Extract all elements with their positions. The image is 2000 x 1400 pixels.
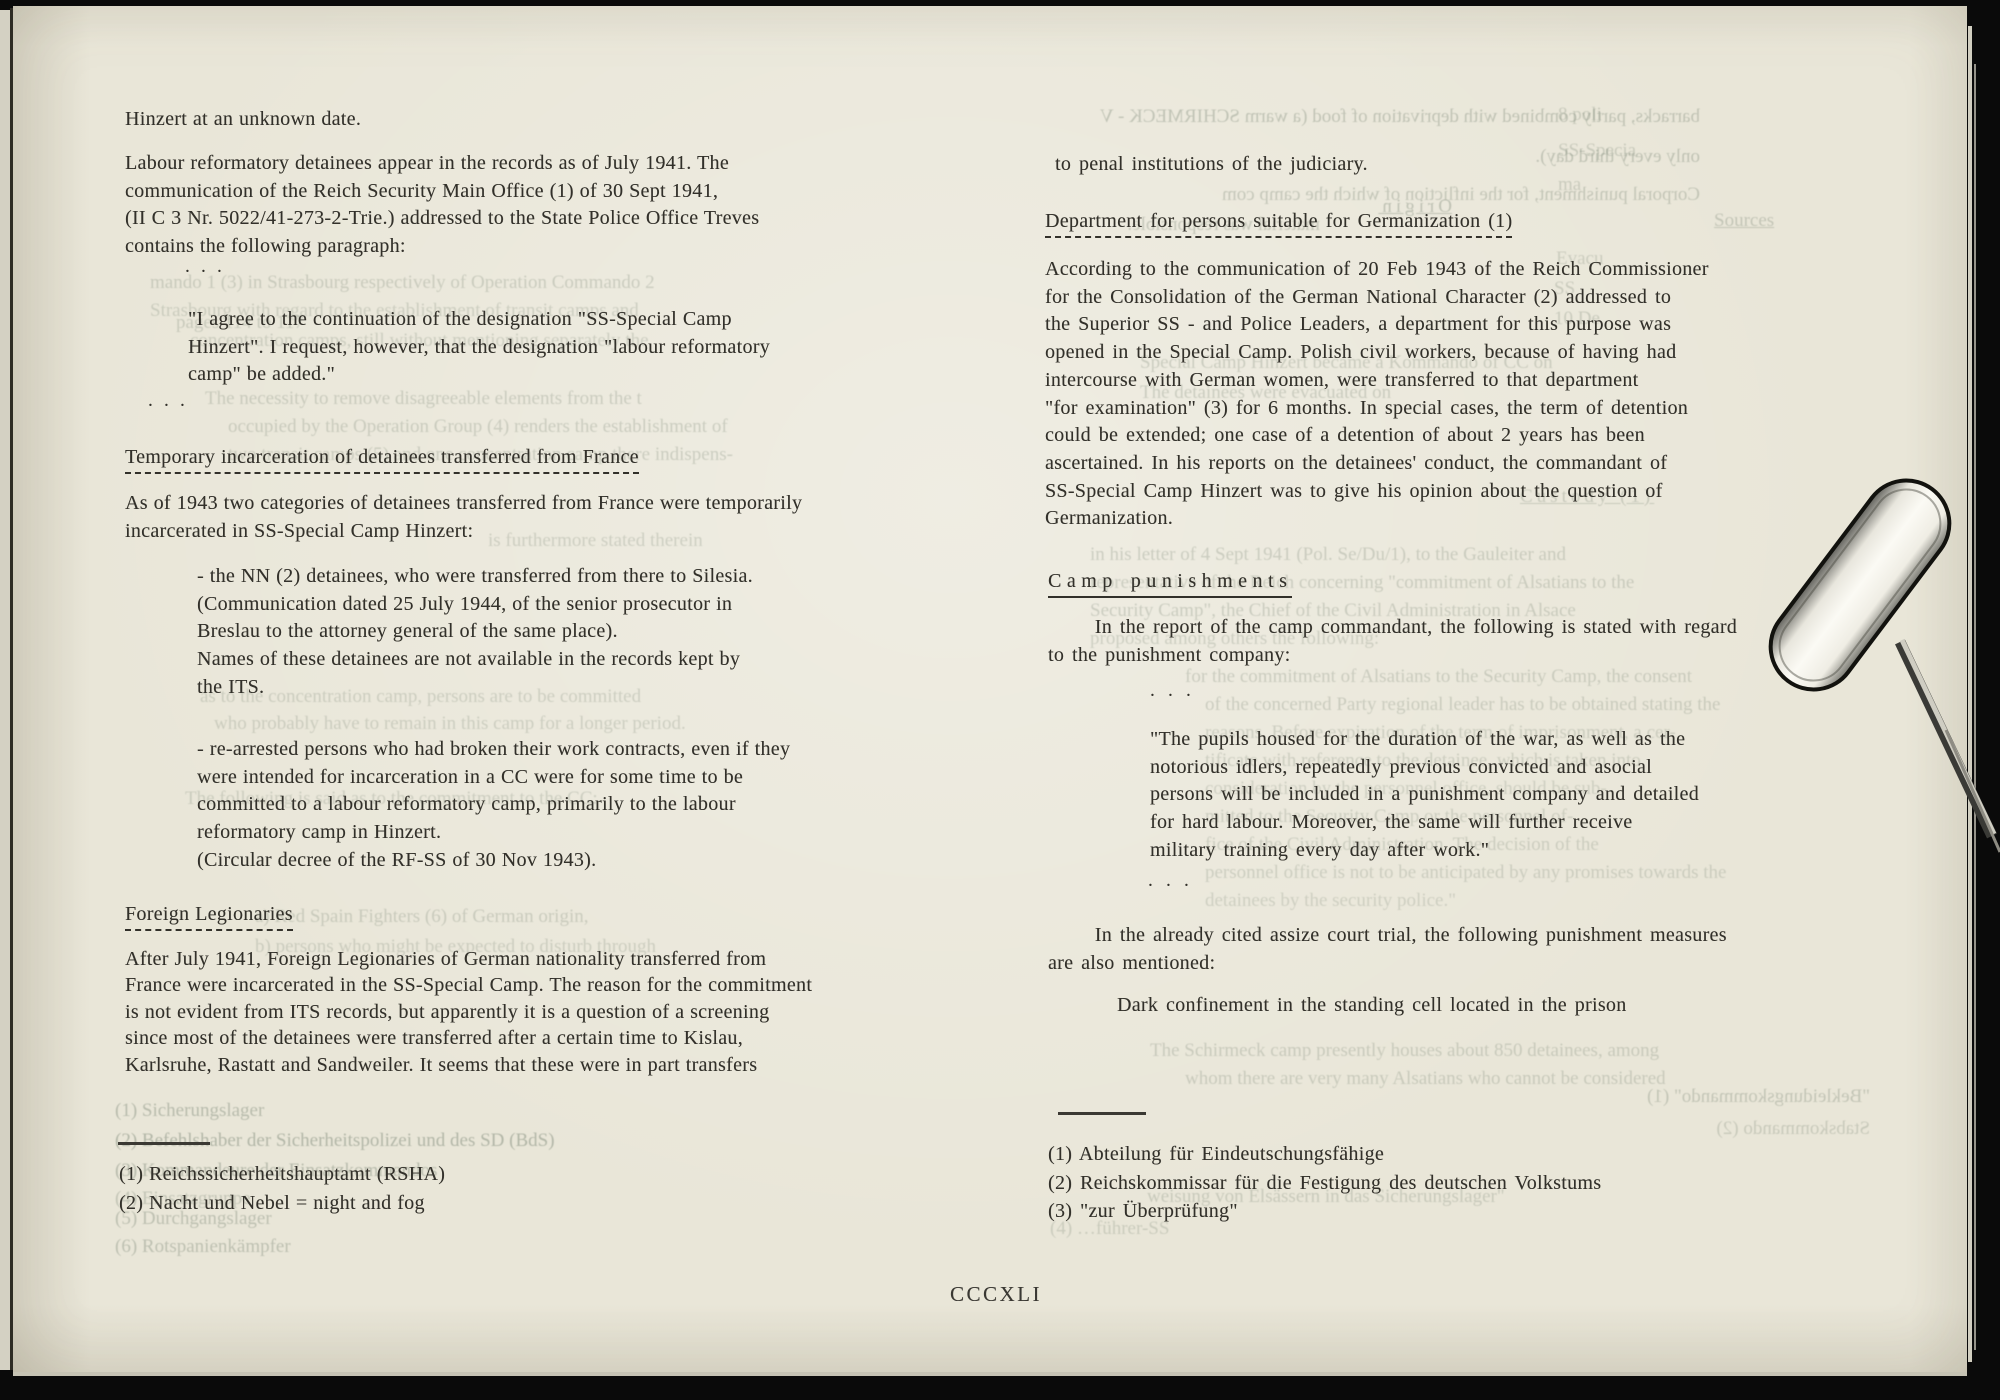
blockquote-punishment-company: "The pupils housed for the duration of t…	[1150, 726, 1699, 865]
text-line: France were incarcerated in the SS-Speci…	[125, 972, 812, 998]
ellipsis-mark: . . .	[185, 256, 225, 278]
text-line: (Circular decree of the RF-SS of 30 Nov …	[197, 847, 790, 875]
text-line: military training every day after work."	[1150, 837, 1699, 865]
text-line: (II C 3 Nr. 5022/41-273-2-Trie.) address…	[125, 205, 759, 233]
text-line: - the NN (2) detainees, who were transfe…	[197, 563, 753, 591]
text-line: could be extended; one case of a detenti…	[1045, 422, 1709, 450]
text-line: committed to a labour reformatory camp, …	[197, 791, 790, 819]
text-line: "The pupils housed for the duration of t…	[1150, 726, 1699, 754]
text-line: (1) Abteilung für Eindeutschungsfähige	[1048, 1140, 1601, 1169]
ghost-text-line: Stabskommando (2)	[1600, 1118, 1870, 1140]
text-line: incarcerated in SS-Special Camp Hinzert:	[125, 518, 802, 546]
text-line: According to the communication of 20 Feb…	[1045, 256, 1709, 284]
ghost-text-line: (2) Befehlshaber der Sicherheitspolizei …	[115, 1130, 675, 1152]
paragraph-assize-court: In the already cited assize court trial,…	[1048, 922, 1727, 977]
text-line: In the report of the camp commandant, th…	[1048, 614, 1737, 642]
paragraph-two-categories: As of 1943 two categories of detainees t…	[125, 490, 802, 545]
line-dark-confinement: Dark confinement in the standing cell lo…	[1117, 994, 1627, 1017]
ghost-text-line: Sources	[1714, 210, 1834, 232]
continuation-line: to penal institutions of the judiciary.	[1055, 153, 1368, 176]
paragraph-germanization: According to the communication of 20 Feb…	[1045, 256, 1709, 533]
page-number: CCCXLI	[950, 1282, 1042, 1307]
list-item-rearrested-persons: - re-arrested persons who had broken the…	[197, 736, 790, 875]
ghost-text-line: SS-Specia	[1558, 140, 1708, 162]
paragraph-foreign-legionaries: After July 1941, Foreign Legionaries of …	[125, 946, 812, 1078]
section-heading-text: Department for persons suitable for Germ…	[1045, 210, 1512, 238]
text-line: (1) Reichssicherheitshauptamt (RSHA)	[119, 1160, 445, 1189]
section-heading-foreign-legionaries: Foreign Legionaries	[125, 903, 293, 931]
text-line: ascertained. In his reports on the detai…	[1045, 450, 1709, 478]
text-line: notorious idlers, repeatedly previous co…	[1150, 754, 1699, 782]
text-line: Names of these detainees are not availab…	[197, 646, 753, 674]
footnote-separator	[118, 1142, 210, 1145]
ghost-text-line: a) Red Spain Fighters (6) of German orig…	[255, 906, 685, 928]
text-line: for hard labour. Moreover, the same will…	[1150, 809, 1699, 837]
paragraph-intro: Labour reformatory detainees appear in t…	[125, 150, 759, 261]
text-line: In the already cited assize court trial,…	[1048, 922, 1727, 950]
text-line: (2) Nacht und Nebel = night and fog	[119, 1189, 445, 1218]
text-line: intercourse with German women, were tran…	[1045, 367, 1709, 395]
ghost-text-line: The Schirmeck camp presently houses abou…	[1150, 1040, 1770, 1062]
list-item-nn-detainees: - the NN (2) detainees, who were transfe…	[197, 563, 753, 702]
ghost-text-line: "Bekleidungskommando" (1)	[1560, 1086, 1870, 1108]
text-line: "I agree to the continuation of the desi…	[188, 306, 770, 334]
text-line: SS-Special Camp Hinzert was to give his …	[1045, 478, 1709, 506]
text-line: camp" be added."	[188, 361, 770, 389]
ellipsis-mark: . . .	[1150, 680, 1194, 702]
text-line: "for examination" (3) for 6 months. In s…	[1045, 395, 1709, 423]
section-heading-germanization: Department for persons suitable for Germ…	[1045, 210, 1512, 238]
text-line: the ITS.	[197, 674, 753, 702]
text-line: are also mentioned:	[1048, 950, 1727, 978]
paper-clip	[1750, 400, 2000, 920]
ghost-text-line: in his letter of 4 Sept 1941 (Pol. Se/Du…	[1090, 544, 1730, 566]
text-line: to the punishment company:	[1048, 642, 1737, 670]
text-line: Labour reformatory detainees appear in t…	[125, 150, 759, 178]
ghost-text-line: who probably have to remain in this camp…	[214, 713, 784, 735]
footnotes-right: (1) Abteilung für Eindeutschungsfähige(2…	[1048, 1140, 1601, 1226]
paragraph-commandant-report: In the report of the camp commandant, th…	[1048, 614, 1737, 669]
text-line: reformatory camp in Hinzert.	[197, 819, 790, 847]
text-line: Karlsruhe, Rastatt and Sandweiler. It se…	[125, 1052, 812, 1078]
text-line: opened in the Special Camp. Polish civil…	[1045, 339, 1709, 367]
ghost-text-line: mando 1 (3) in Strasbourg respectively o…	[150, 272, 770, 294]
text-line: (2) Reichskommissar für die Festigung de…	[1048, 1169, 1601, 1198]
section-heading-camp-punishments: Camp punishments	[1048, 570, 1292, 598]
text-line: (3) "zur Überprüfung"	[1048, 1197, 1601, 1226]
text-line: Hinzert". I request, however, that the d…	[188, 334, 770, 362]
ghost-text-line: occupied by the Operation Group (4) rend…	[228, 416, 788, 438]
ghost-text-line: ma	[1558, 174, 1618, 196]
text-line: persons will be included in a punishment…	[1150, 781, 1699, 809]
text-line: (Communication dated 25 July 1944, of th…	[197, 591, 753, 619]
text-line: for the Consolidation of the German Nati…	[1045, 284, 1709, 312]
section-heading-text: Temporary incarceration of detainees tra…	[125, 446, 639, 474]
text-line: As of 1943 two categories of detainees t…	[125, 490, 802, 518]
ellipsis-mark: . . .	[148, 390, 188, 412]
ghost-text-line: detainees by the security police."	[1205, 890, 1625, 912]
ghost-text-line: (6) Rotspanienkämpfer	[115, 1236, 405, 1258]
text-line: communication of the Reich Security Main…	[125, 178, 759, 206]
text-line: since most of the detainees were transfe…	[125, 1025, 812, 1051]
text-line: the Superior SS - and Police Leaders, a …	[1045, 311, 1709, 339]
footnote-separator	[1058, 1112, 1146, 1115]
ghost-text-line: of the concerned Party regional leader h…	[1205, 694, 1815, 716]
text-line: is not evident from ITS records, but app…	[125, 999, 812, 1025]
text-line: Breslau to the attorney general of the s…	[197, 618, 753, 646]
section-heading-text: Camp punishments	[1048, 570, 1292, 598]
text-line: were intended for incarceration in a CC …	[197, 764, 790, 792]
section-heading-temporary-incarceration: Temporary incarceration of detainees tra…	[125, 446, 639, 474]
text-line: Germanization.	[1045, 505, 1709, 533]
ghost-text-line: The necessity to remove disagreeable ele…	[205, 388, 775, 410]
section-heading-text: Foreign Legionaries	[125, 903, 293, 931]
text-line: - re-arrested persons who had broken the…	[197, 736, 790, 764]
blockquote-designation: "I agree to the continuation of the desi…	[188, 306, 770, 389]
ellipsis-mark: . . .	[1148, 870, 1192, 892]
ghost-text-line: (1) Sicherungslager	[115, 1100, 395, 1122]
ghost-text-line: 8 poli	[1558, 104, 1678, 126]
text-line: After July 1941, Foreign Legionaries of …	[125, 946, 812, 972]
footnotes-left: (1) Reichssicherheitshauptamt (RSHA)(2) …	[119, 1160, 445, 1217]
dateline: Hinzert at an unknown date.	[125, 108, 361, 131]
ghost-text-line: personnel office is not to be anticipate…	[1205, 862, 1815, 884]
scanned-book-page: barracks, partly combined with deprivati…	[0, 0, 2000, 1400]
